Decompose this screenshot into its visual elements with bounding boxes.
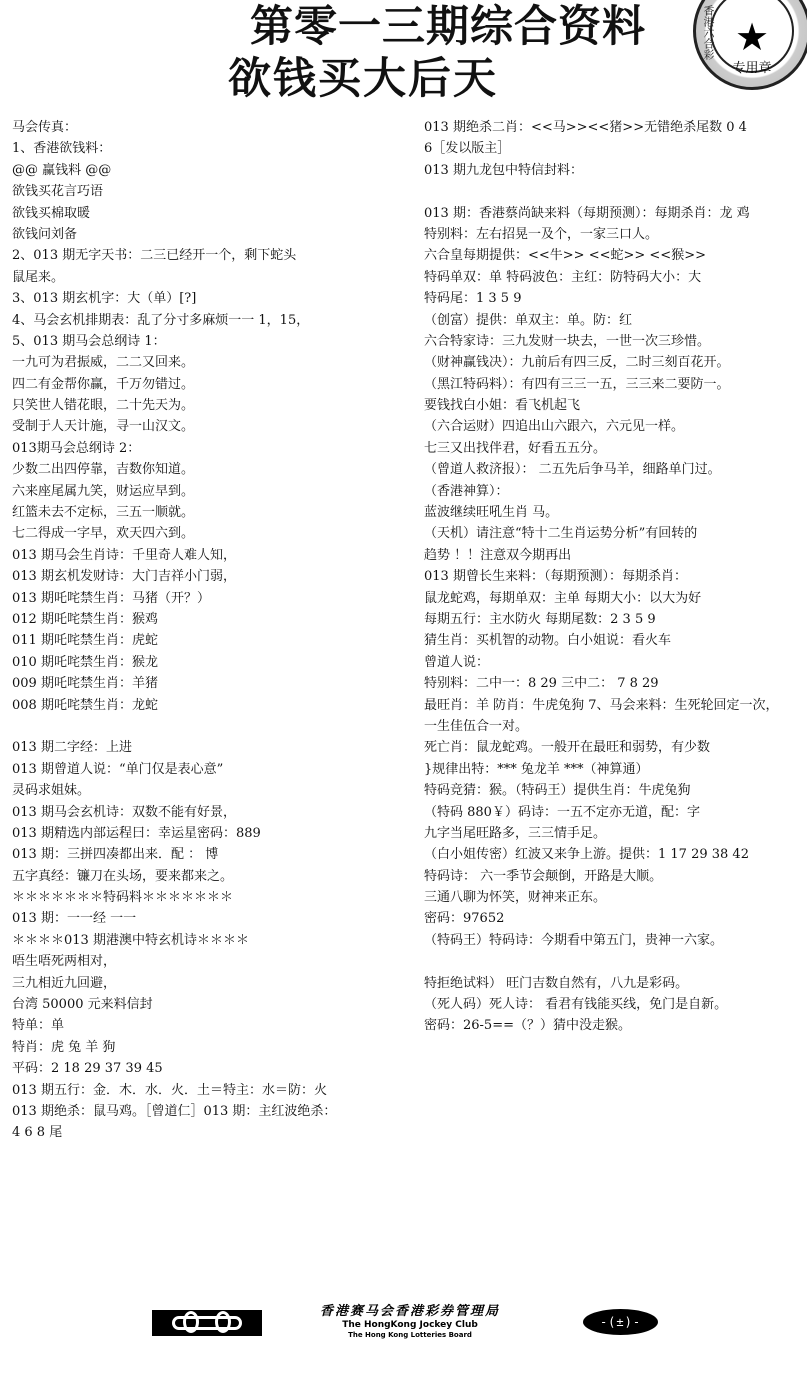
- text-line: 013 期精选内部运程曰：幸运星密码：889: [12, 823, 407, 844]
- text-line: （天机）请注意“特十二生肖运势分析”有回转的: [424, 523, 804, 544]
- text-line: （财神赢钱决）：九前后有四三反，二时三刻百花开。: [424, 352, 804, 373]
- footer-cn-name: 香港赛马会香港彩券管理局: [290, 1304, 530, 1320]
- page-title: 第零一三期综合资料: [250, 2, 646, 52]
- text-line: 013 期吒咤禁生肖：马猪（开？）: [12, 588, 407, 609]
- text-line: 只笑世人错花眼，二十先天为。: [12, 395, 407, 416]
- text-line: 012 期吒咤禁生肖：猴鸡: [12, 609, 407, 630]
- text-line: 欲钱问刘备: [12, 224, 407, 245]
- logo-glyph: -(±)-: [600, 1315, 641, 1329]
- text-line: }规律出特：*** 兔龙羊 ***（神算通）: [424, 759, 804, 780]
- text-line: 008 期吒咤禁生肖：龙蛇: [12, 695, 407, 716]
- text-line: 010 期吒咤禁生肖：猴龙: [12, 652, 407, 673]
- text-line: 特拒绝试料） 旺门吉数自然有，八九是彩码。: [424, 973, 804, 994]
- text-line: 013 期九龙包中特信封料：: [424, 160, 804, 181]
- text-line: @@ 赢钱料 @@: [12, 160, 407, 181]
- seal-label: 专用章: [712, 57, 792, 76]
- footer-text: 香港赛马会香港彩券管理局 The HongKong Jockey Club Th…: [290, 1304, 530, 1340]
- footer-en-subname: The Hong Kong Lotteries Board: [290, 1331, 530, 1340]
- text-line: 4、马会玄机排期表：乱了分寸多麻烦一一 1，15，: [12, 310, 407, 331]
- text-line: 马会传真：: [12, 117, 407, 138]
- text-line: （六合运财）四追出山六跟六，六元见一样。: [424, 416, 804, 437]
- footer: 香港赛马会香港彩券管理局 The HongKong Jockey Club Th…: [0, 1300, 807, 1340]
- star-icon: ★: [712, 17, 792, 57]
- text-line: 灵码求姐妹。: [12, 780, 407, 801]
- text-line: 七三又出找伴君，好看五五分。: [424, 438, 804, 459]
- text-line: （黑江特码料）：有四有三三一五，三三来二要防一。: [424, 374, 804, 395]
- text-line: 013 期曾道人说：“单门仅是表心意”: [12, 759, 407, 780]
- text-line: 013 期玄机发财诗：大门吉祥小门弱，: [12, 566, 407, 587]
- text-line: 009 期吒咤禁生肖：羊猪: [12, 673, 407, 694]
- lotteries-board-logo-icon: -(±)-: [583, 1309, 658, 1335]
- text-line: 鼠尾来。: [12, 267, 407, 288]
- text-line: 5、013 期马会总纲诗 1：: [12, 331, 407, 352]
- seal-inner-ring: ★ 专用章: [710, 0, 794, 73]
- text-line: 特码单双：单 特码波色：主红：防特码大小：大: [424, 267, 804, 288]
- text-line: 欲钱买棉取暖: [12, 203, 407, 224]
- text-line: 三九相近九回避，: [12, 973, 407, 994]
- text-line: 鼠龙蛇鸡，每期单双：主单 每期大小：以大为好: [424, 588, 804, 609]
- text-line: 013 期绝杀：鼠马鸡。［曾道仁］013 期：主红波绝杀：: [12, 1101, 407, 1122]
- text-line: 1、香港欲钱料：: [12, 138, 407, 159]
- text-line: 013 期五行：金．木．水．火．土＝特主：水＝防：火: [12, 1080, 407, 1101]
- text-line: 2、013 期无字天书：二三已经开一个，剩下蛇头: [12, 245, 407, 266]
- text-line: [12, 716, 407, 737]
- text-line: 013 期：三拼四凑都出来．配 ： 博: [12, 844, 407, 865]
- text-line: 013 期绝杀二肖：<<马>><<猪>>无错绝杀尾数 0 4: [424, 117, 804, 138]
- text-line: 特码竞猜：猴。（特码王）提供生肖：牛虎兔狗: [424, 780, 804, 801]
- text-line: 欲钱买花言巧语: [12, 181, 407, 202]
- text-line: 密码：97652: [424, 908, 804, 929]
- text-line: 013 期马会玄机诗：双数不能有好景，: [12, 802, 407, 823]
- text-line: 一生佳伍合一对。: [424, 716, 804, 737]
- left-column: 马会传真：1、香港欲钱料：@@ 赢钱料 @@欲钱买花言巧语欲钱买棉取暖欲钱问刘备…: [12, 117, 407, 1144]
- text-line: 013期马会总纲诗 2：: [12, 438, 407, 459]
- text-line: （特码王）特码诗：今期看中第五门，贵神一六家。: [424, 930, 804, 951]
- text-line: （特码 880￥）码诗：一五不定亦无道，配：字: [424, 802, 804, 823]
- text-line: 特别料：二中一：8 29 三中二： 7 8 29: [424, 673, 804, 694]
- text-line: [424, 181, 804, 202]
- text-line: 013 期曾长生来料：（每期预测）：每期杀肖：: [424, 566, 804, 587]
- text-line: [424, 951, 804, 972]
- text-line: 受制于人天计施，寻一山汉文。: [12, 416, 407, 437]
- text-line: 曾道人说：: [424, 652, 804, 673]
- text-line: 特别料：左右招晃一及个，一家三口人。: [424, 224, 804, 245]
- text-line: （白小姐传密）红波又来争上游。提供：1 17 29 38 42: [424, 844, 804, 865]
- text-line: 3、013 期玄机字：大（单）[?]: [12, 288, 407, 309]
- text-line: 死亡肖：鼠龙蛇鸡。一般开在最旺和弱势，有少数: [424, 737, 804, 758]
- text-line: 特肖：虎 兔 羊 狗: [12, 1037, 407, 1058]
- text-line: 013 期：一一经 一一: [12, 908, 407, 929]
- text-line: ＊＊＊＊＊＊＊特码料＊＊＊＊＊＊＊: [12, 887, 407, 908]
- text-line: 唔生唔死两相对，: [12, 951, 407, 972]
- text-line: 六合皇每期提供：<<牛>> <<蛇>> <<猴>>: [424, 245, 804, 266]
- text-line: 六合特家诗：三九发财一块去，一世一次三珍惜。: [424, 331, 804, 352]
- footer-en-name: The HongKong Jockey Club: [290, 1320, 530, 1331]
- text-line: 特单：单: [12, 1015, 407, 1036]
- text-line: 三通八聊为怀笑，财神来正东。: [424, 887, 804, 908]
- text-line: 每期五行：主水防火 每期尾数：2 3 5 9: [424, 609, 804, 630]
- text-line: 4 6 8 尾: [12, 1122, 407, 1143]
- text-line: ＊＊＊＊013 期港澳中特玄机诗＊＊＊＊: [12, 930, 407, 951]
- text-line: 平码：2 18 29 37 39 45: [12, 1058, 407, 1079]
- text-line: 6［发以版主］: [424, 138, 804, 159]
- text-line: （死人码）死人诗： 看君有钱能买线，免门是自新。: [424, 994, 804, 1015]
- text-line: 四二有金帮你赢，千万勿错过。: [12, 374, 407, 395]
- text-line: 红篮未去不定标，三五一顺就。: [12, 502, 407, 523]
- text-line: 013 期二字经：上进: [12, 737, 407, 758]
- text-line: （香港神算）：: [424, 481, 804, 502]
- right-column: 013 期绝杀二肖：<<马>><<猪>>无错绝杀尾数 0 46［发以版主］013…: [424, 117, 804, 1037]
- text-line: 趋势 ！！注意双今期再出: [424, 545, 804, 566]
- text-line: 六来座尾属九笑，财运应早到。: [12, 481, 407, 502]
- text-line: 一九可为君振威，二二又回来。: [12, 352, 407, 373]
- text-line: （创富）提供：单双主：单。防：红: [424, 310, 804, 331]
- jockey-club-logo-icon: [152, 1310, 262, 1336]
- text-line: 五字真经：镰刀在头场，要来都来之。: [12, 866, 407, 887]
- text-line: 密码：26-5==（？）猜中没走猴。: [424, 1015, 804, 1036]
- text-line: 蓝波继续旺吼生肖 马。: [424, 502, 804, 523]
- seal-ring-text: 香港六合彩: [700, 5, 716, 60]
- text-line: 013 期：香港蔡尚缺来料（每期预测）：每期杀肖：龙 鸡: [424, 203, 804, 224]
- page-subtitle: 欲钱买大后天: [228, 54, 498, 104]
- text-line: 猜生肖：买机智的动物。白小姐说：看火车: [424, 630, 804, 651]
- text-line: 七二得成一字早，欢天四六到。: [12, 523, 407, 544]
- text-line: 最旺肖：羊 防肖：牛虎兔狗 7、马会来料：生死轮回定一次，: [424, 695, 804, 716]
- text-line: 九字当尾旺路多，三三情手足。: [424, 823, 804, 844]
- text-line: （曾道人救济报）： 二五先后争马羊，细路单门过。: [424, 459, 804, 480]
- text-line: 要钱找白小姐：看飞机起飞: [424, 395, 804, 416]
- text-line: 011 期吒咤禁生肖：虎蛇: [12, 630, 407, 651]
- text-line: 特码诗： 六一季节会颠倒，开路是大顺。: [424, 866, 804, 887]
- text-line: 特码尾：1 3 5 9: [424, 288, 804, 309]
- official-seal: ★ 专用章 香港六合彩: [693, 0, 807, 90]
- text-line: 少数二出四停靠，吉数你知道。: [12, 459, 407, 480]
- text-line: 013 期马会生肖诗：千里奇人难人知，: [12, 545, 407, 566]
- text-line: 台湾 50000 元来料信封: [12, 994, 407, 1015]
